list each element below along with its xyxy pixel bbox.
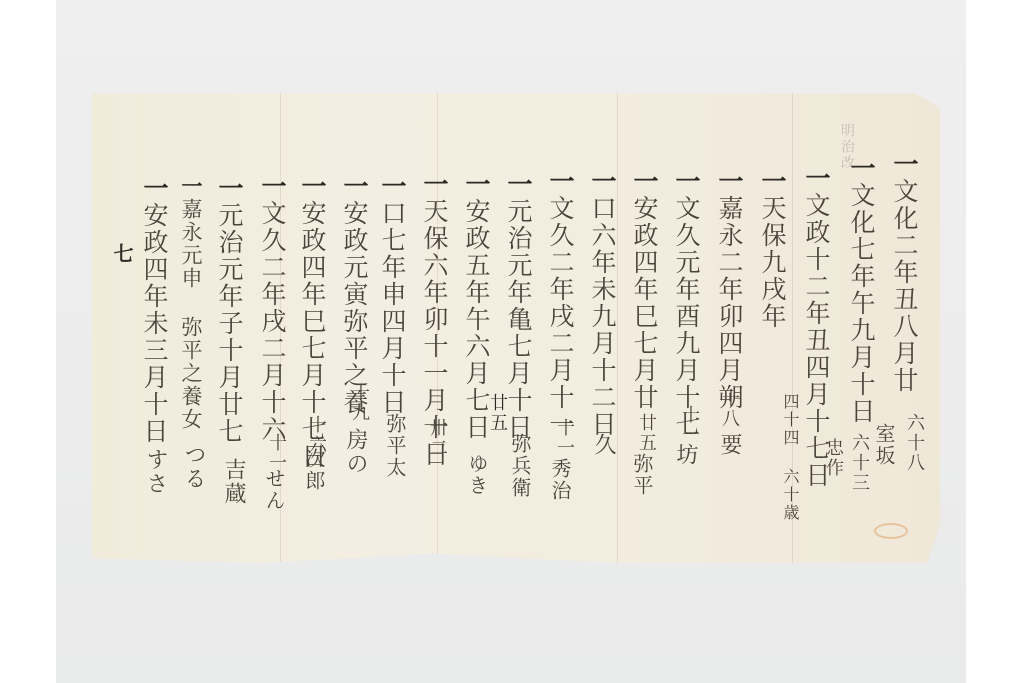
item-marker: 一 [504,171,533,198]
entry-name: せん [264,468,284,512]
entry-note: 卅二 [428,418,446,458]
entry-name: 弥平太 [385,413,405,479]
entry-column: 一嘉永元申 弥平之養女 [180,175,202,431]
item-marker: 一 [378,173,407,200]
item-marker: 一 [802,165,831,192]
entry-date: 文化二年丑八月廿 [890,178,919,394]
entry-column: 一元治元年亀七月十日 [506,171,531,441]
entry-note: 十八 [720,389,738,429]
entry-date: 安政四年未三月十日 [140,202,169,445]
entry-date: 安政四年巳七月廿 [630,195,659,411]
entry-name: 弥平 [632,453,652,497]
entry-date: 文政十二年丑四月十七日 [802,192,831,489]
entry-date: 文久元年酉九月十七 [672,195,701,438]
entry-note: 十九 [350,383,368,423]
entry-name: 室坂 [874,423,894,467]
entry-date: 元治元年亀七月十日 [504,198,533,441]
entry-column: 一文政十二年丑四月十七日 [804,165,829,489]
entry-name: 弥兵衛 [510,433,530,499]
entry-column: 一安政四年巳七月廿 [632,168,657,411]
entry-name: すさ [144,448,166,496]
entry-date: 元治元年子十月廿七 [215,202,244,445]
entry-column: 一文久二年戌二月十一 [548,168,573,438]
item-marker: 一 [546,168,575,195]
item-marker: 一 [140,175,169,202]
document-paper: 明治改 一文化二年丑八月廿 六十八 室坂 一文化七年午九月十日 六十三 忠作 一… [92,93,940,563]
entry-column: 一嘉永二年卯四月朔 [717,168,742,411]
fold-line [617,93,618,563]
entry-column: 一元治元年子十月廿七 [217,175,242,445]
entry-column: 一口六年未九月十二日 [590,168,615,438]
entry-column: 一文久元年酉九月十七 [674,168,699,438]
entry-name: 要 [718,433,740,457]
entry-column: 一安政五年午六月七日 [464,171,489,441]
item-marker: 一 [298,173,327,200]
item-marker: 一 [588,168,617,195]
entry-date: 嘉永二年卯四月朔 [715,195,744,411]
entry-note: 十一 [267,433,285,473]
item-marker: 一 [672,168,701,195]
item-marker: 一 [630,168,659,195]
entry-name: ゆき [467,453,487,497]
entry-column: 一文化二年丑八月廿 [892,151,917,394]
item-marker: 一 [340,173,369,200]
item-marker: 一 [890,151,919,178]
entry-name: 房の [344,428,366,476]
entry-note: 廿五 [637,413,655,453]
entry-name: 久 [592,433,614,457]
item-marker: 一 [258,173,287,200]
entry-note: 十一 [680,405,698,445]
entry-name: 吉蔵 [222,458,244,506]
entry-column: 一安政四年未三月十日 [142,175,167,445]
item-marker: 一 [758,168,787,195]
item-marker: 一 [462,171,491,198]
entry-date: 文化七年午九月十日 [847,182,876,425]
entry-note: 四十四 六十歳 [782,393,798,522]
entry-name: 次郎 [304,448,324,492]
entry-date: 口六年未九月十二日 [588,195,617,438]
item-marker: 一 [215,175,244,202]
side-mark: 七 [112,243,132,265]
entry-note: 六十三 [850,433,868,493]
entry-date: 文久二年戌二月十一 [546,195,575,438]
ink-stain [874,523,908,539]
entry-date: 天保九戌年 [758,195,787,330]
item-marker: 一 [715,168,744,195]
entry-column: 一天保九戌年 [760,168,785,330]
entry-date: 文久二年戌二月十六 [258,200,287,443]
entry-date: 安政五年午六月七日 [462,198,491,441]
entry-name: つる [182,443,204,491]
item-marker: 一 [420,171,449,198]
entry-column: 一文久二年戌二月十六 [260,173,285,443]
entry-date: 口七年申四月十日 [378,200,407,416]
entry-column: 一安政元寅弥平之養 [342,173,367,416]
entry-name: 坊 [674,443,696,467]
item-marker: 一 [179,175,204,198]
entry-name: 秀治 [550,458,570,502]
entry-column: 一文化七年午九月十日 [849,155,874,425]
entry-column: 一口七年申四月十日 [380,173,405,416]
entry-date: 嘉永元申 弥平之養女 [179,198,203,431]
item-marker: 一 [847,155,876,182]
entry-note: 六十八 [905,413,923,473]
entry-note: 十一 [555,418,573,458]
